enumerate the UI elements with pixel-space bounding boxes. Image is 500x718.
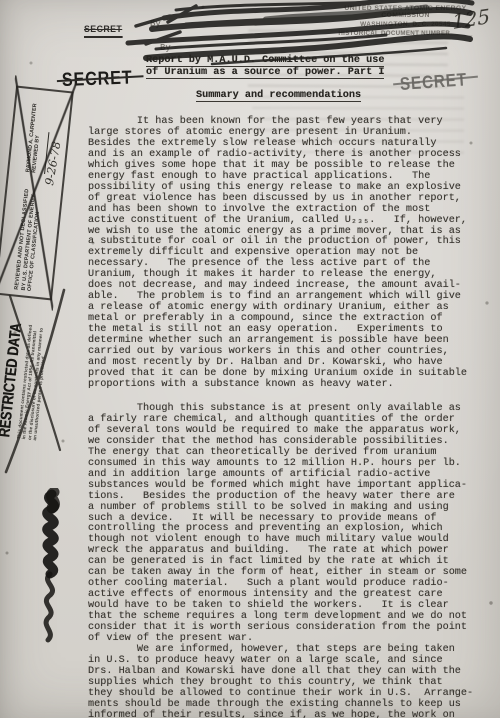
ink-scribble-mark: [34, 488, 70, 650]
report-title-line2-wrap: of Uranium as a source of power. Part I: [146, 61, 384, 79]
review-stamp-box: REVIEWED AND NOT DECLASSIFIED BY U.S. DE…: [0, 86, 74, 301]
secret-stamp-right: SECRET: [399, 69, 467, 95]
scan-specks: [0, 0, 2, 2]
cancellation-x-mark: [0, 75, 77, 311]
section-heading: Summary and recommendations: [196, 90, 361, 102]
body-paragraph-1: It has been known for the past few years…: [88, 117, 467, 391]
section-heading-wrap: Summary and recommendations: [196, 84, 361, 102]
body-paragraph-2: Though this substance is at present only…: [88, 404, 467, 645]
document-page: UNITED STATES ATOMIC ENERGY COMMISSION W…: [0, 0, 500, 718]
body-paragraph-3: We are informed, however, that steps are…: [88, 645, 473, 718]
report-title-line2: of Uranium as a source of power. Part I: [146, 67, 384, 79]
restricted-cancel-strokes: [0, 282, 86, 477]
